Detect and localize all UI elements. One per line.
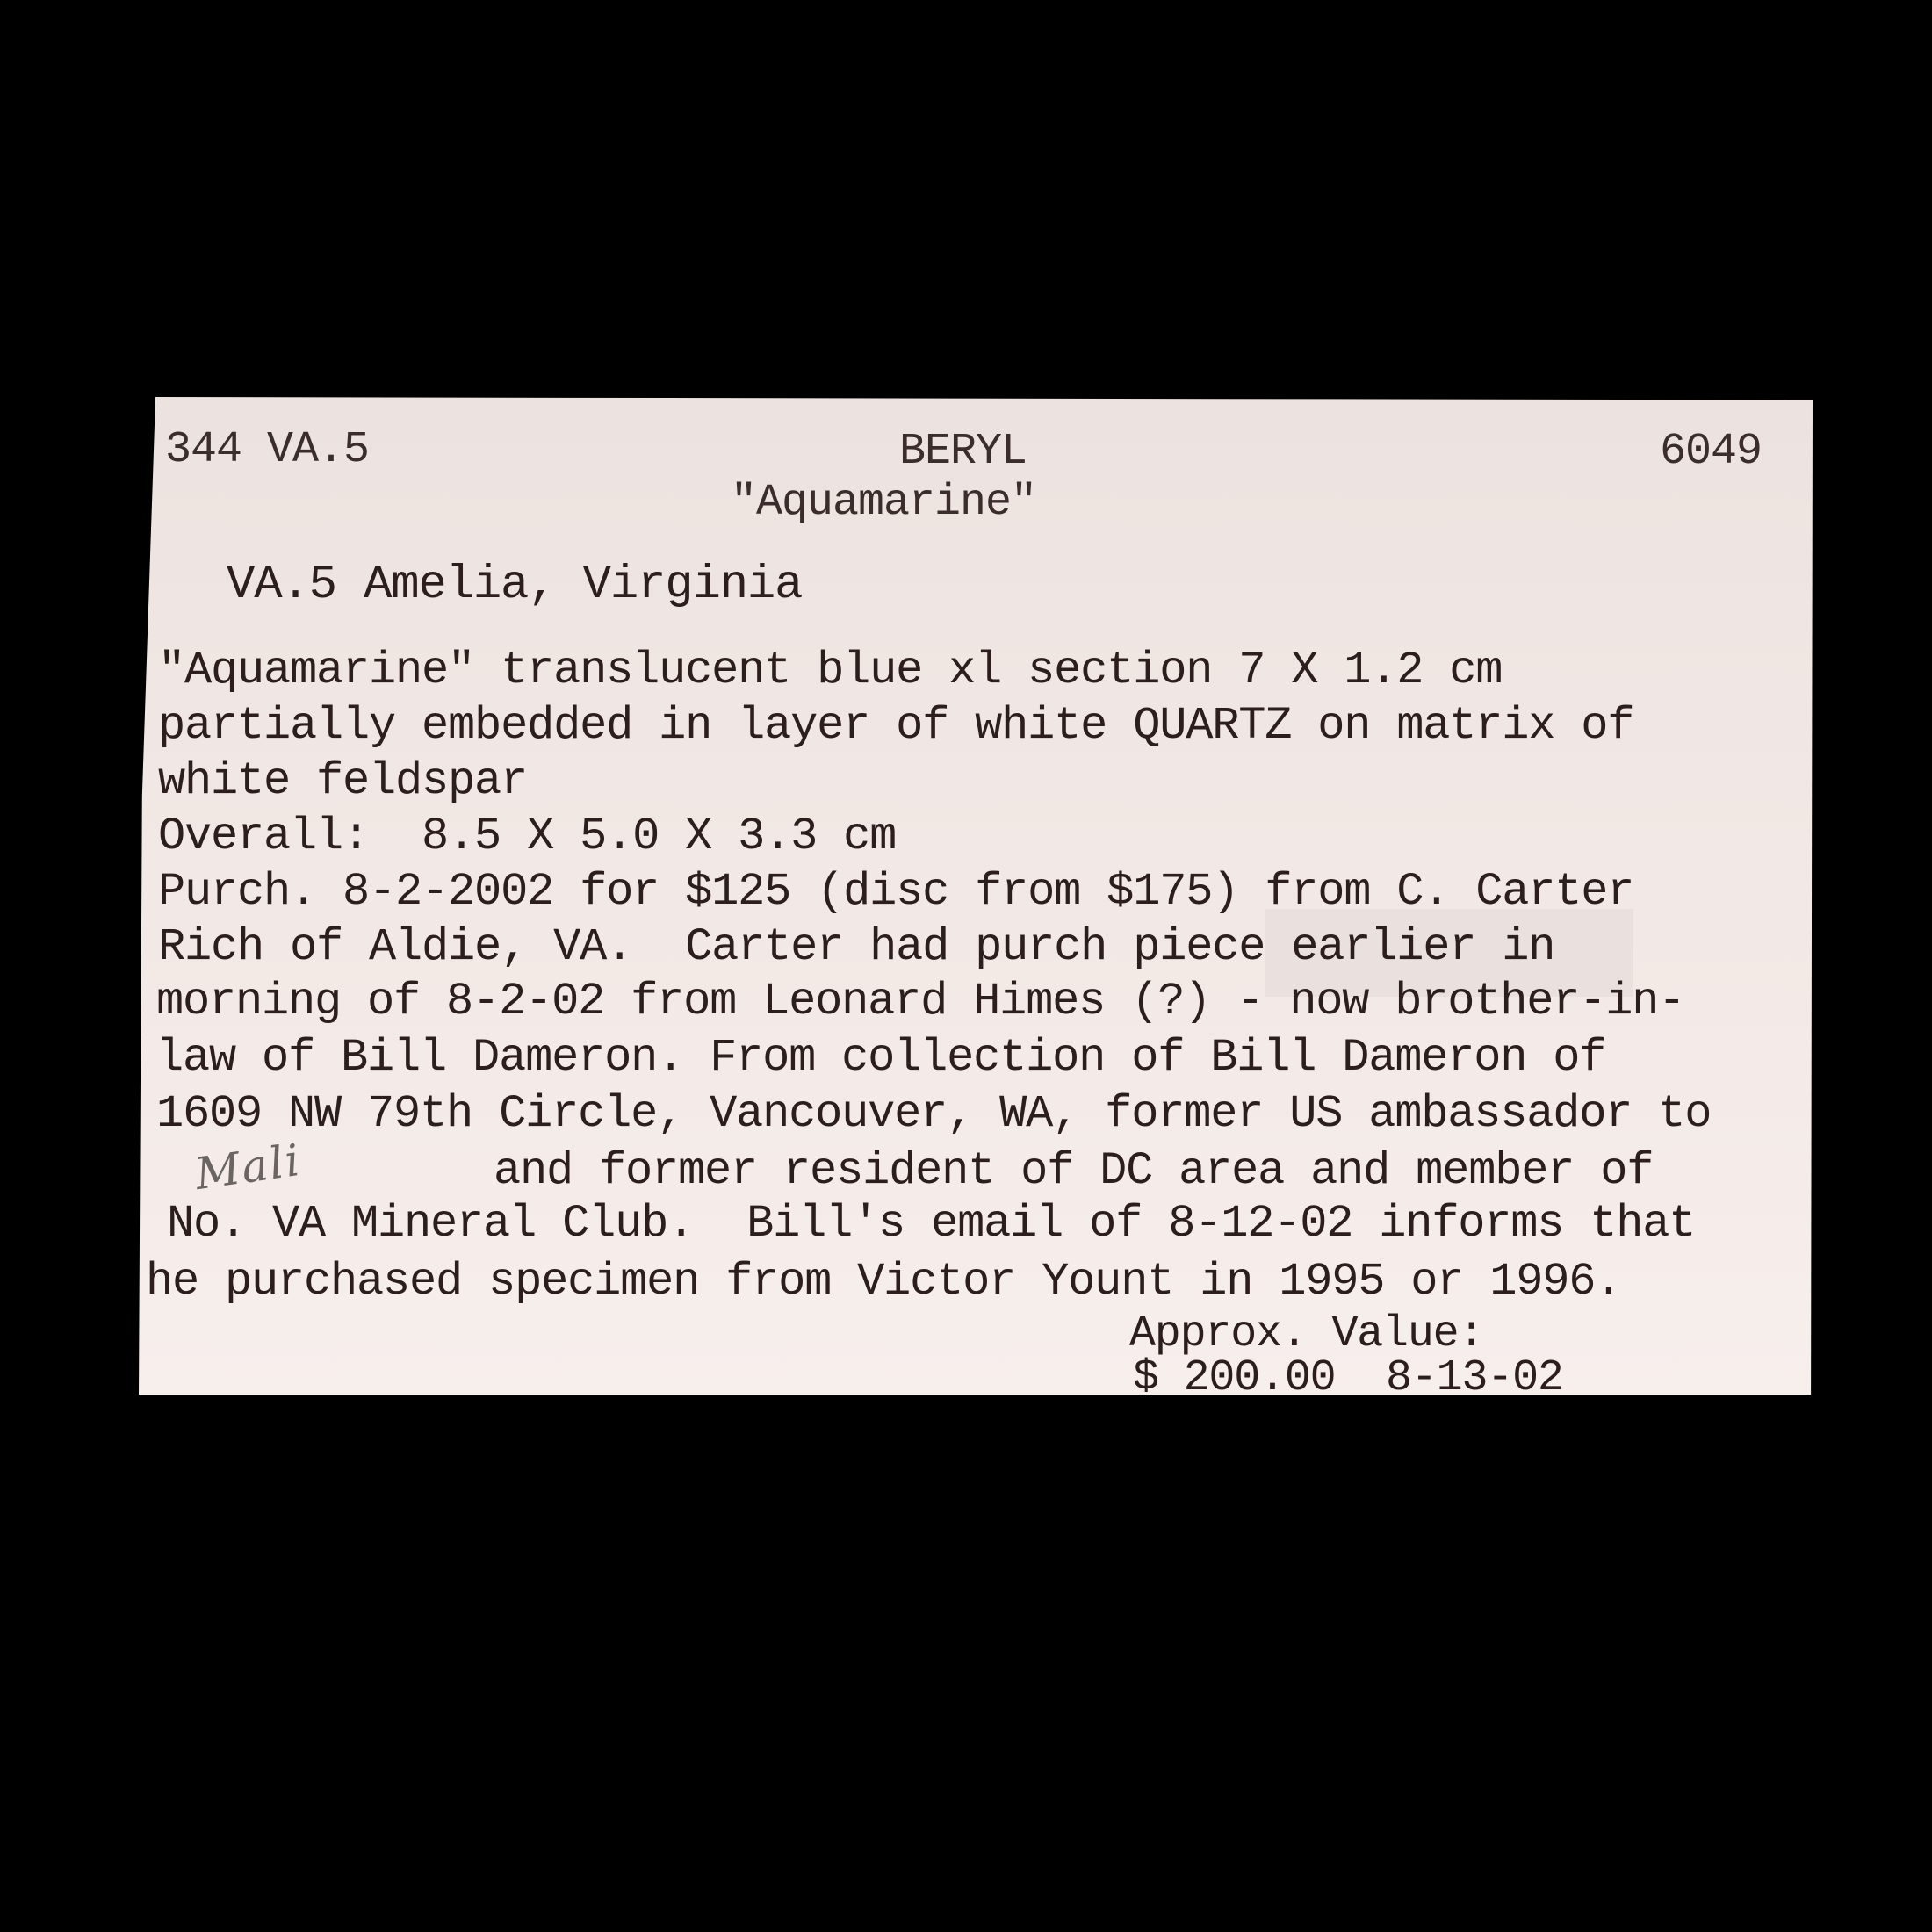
approx-value: $ 200.00 8-13-02 — [1133, 1357, 1563, 1401]
approx-value-label: Approx. Value: — [1129, 1313, 1483, 1357]
description-line: white feldspar — [158, 759, 527, 804]
description-line: Rich of Aldie, VA. Carter had purch piec… — [158, 925, 1554, 970]
description-line: partially embedded in layer of white QUA… — [158, 703, 1633, 749]
description-line: "Aquamarine" translucent blue xl section… — [158, 648, 1502, 694]
variety-name: "Aquamarine" — [731, 481, 1036, 525]
specimen-number: 6049 — [1660, 430, 1762, 474]
description-line: 1609 NW 79th Circle, Vancouver, WA, form… — [156, 1092, 1711, 1137]
description-line: morning of 8-2-02 from Leonard Himes (?)… — [156, 979, 1684, 1025]
description-line: and former resident of DC area and membe… — [494, 1149, 1653, 1194]
description-line: law of Bill Dameron. From collection of … — [156, 1035, 1605, 1081]
overall-dimensions: Overall: 8.5 X 5.0 X 3.3 cm — [158, 814, 896, 860]
description-line: No. VA Mineral Club. Bill's email of 8-1… — [167, 1201, 1695, 1247]
catalog-code: 344 VA.5 — [165, 429, 369, 472]
purchase-line: Purch. 8-2-2002 for $125 (disc from $175… — [158, 869, 1633, 915]
description-line: he purchased specimen from Victor Yount … — [146, 1259, 1621, 1305]
mineral-name: BERYL — [899, 430, 1027, 474]
locality: VA.5 Amelia, Virginia — [227, 562, 802, 609]
